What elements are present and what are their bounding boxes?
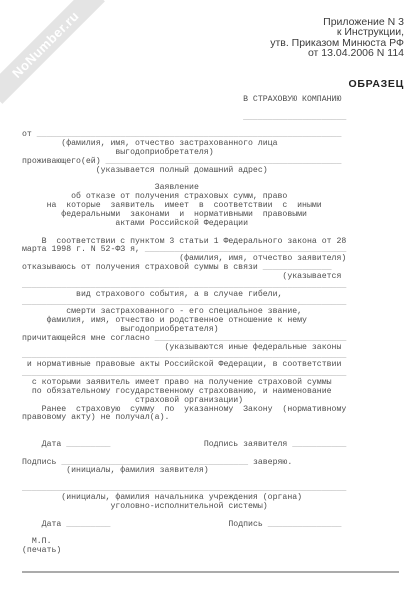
header-note: Приложение N 3 к Инструкции, утв. Приказ… [270, 17, 404, 59]
blank-field: ________________________________________… [22, 298, 346, 307]
bottom-divider [22, 571, 399, 573]
doc-line: В СТРАХОВУЮ КОМПАНИЮ [22, 96, 346, 105]
blank-field: ______________ [263, 263, 332, 272]
blank-field: _____________________ [243, 113, 346, 122]
doc-blank-line [22, 529, 346, 538]
doc-rule-line: _____________________ [22, 114, 346, 123]
doc-line: актами Российской Федерации [22, 220, 346, 229]
doc-line: правовому акту) не получал(а). [22, 414, 346, 423]
blank-field: ________________________________________… [22, 369, 346, 378]
blank-field: ________________________________________… [22, 281, 346, 290]
blank-field: ________________________________________… [106, 157, 342, 166]
blank-field: ________________________________________… [22, 484, 346, 493]
blank-field: ________________________________________… [145, 245, 346, 254]
doc-line: М.П. [22, 538, 346, 547]
page: { "watermark": { "label": "NoNumber.ru" … [0, 0, 420, 600]
doc-line: уголовно-исполнительной системы) [22, 503, 346, 512]
blank-field: _______________ [268, 520, 342, 529]
blank-field: _________ [66, 520, 110, 529]
doc-line: Дата _________ Подпись заявителя _______… [22, 441, 346, 450]
watermark-ribbon: NoNumber.ru [0, 0, 105, 104]
doc-line: (инициалы, фамилия заявителя) [22, 467, 346, 476]
obrazec-stamp: ОБРАЗЕЦ [348, 78, 404, 90]
header-note-line: от 13.04.2006 N 114 [270, 48, 404, 58]
document-body: В СТРАХОВУЮ КОМПАНИЮ ___________________… [22, 96, 346, 556]
doc-line: Дата _________ Подпись _______________ [22, 521, 346, 530]
blank-field: _________ [66, 440, 110, 449]
doc-line: (указывается полный домашний адрес) [22, 167, 346, 176]
blank-field: ___________ [292, 440, 346, 449]
doc-blank-line [22, 423, 346, 432]
watermark-label: NoNumber.ru [9, 8, 82, 81]
doc-line: (печать) [22, 547, 346, 556]
blank-field: _______________________________________ [155, 334, 347, 343]
